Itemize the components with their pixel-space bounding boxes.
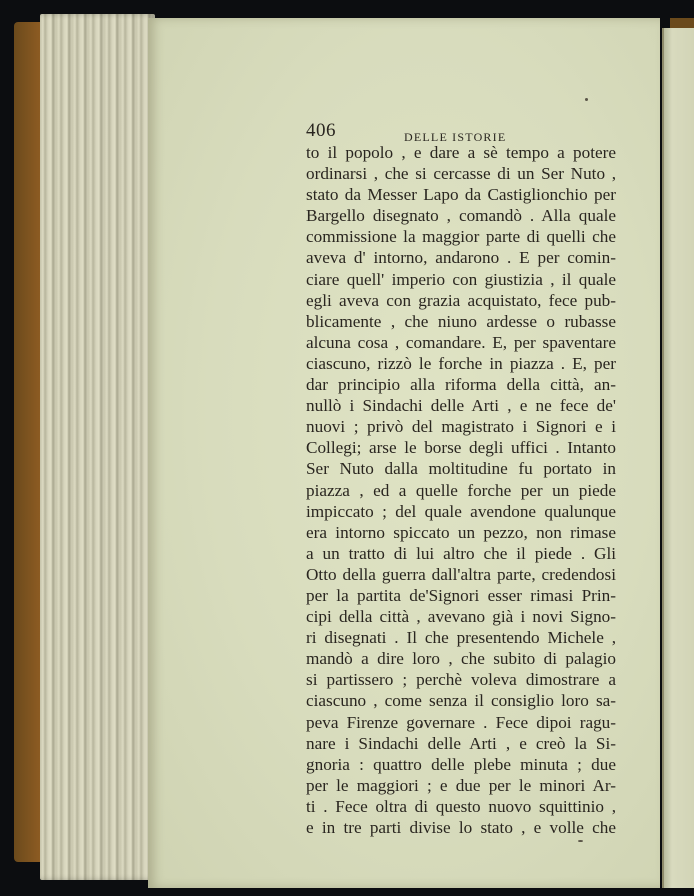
text-line: ciascuno, rizzò le forche in piazza . E,…: [306, 353, 616, 374]
text-line: ciascuno , come senza il consiglio loro …: [306, 690, 616, 711]
text-line: impiccato ; del quale avendone qualunque: [306, 501, 616, 522]
text-line: a un tratto di lui altro che il piede . …: [306, 543, 616, 564]
text-line: e in tre parti divise lo stato , e volle…: [306, 817, 616, 838]
text-line: mandò a dire loro , che subito di palagi…: [306, 648, 616, 669]
paper-speck: [578, 840, 583, 842]
text-line: ri disegnati . Il che presentendo Michel…: [306, 627, 616, 648]
text-line: per le maggiori ; e due per le minori Ar…: [306, 775, 616, 796]
text-line: Ser Nuto dalla moltitudine fu portato in: [306, 458, 616, 479]
text-line: ordinarsi , che si cercasse di un Ser Nu…: [306, 163, 616, 184]
text-line: per la partita de'Signori esser rimasi P…: [306, 585, 616, 606]
text-line: blicamente , che niuno ardesse o rubasse: [306, 311, 616, 332]
page-text: 406 DELLE ISTORIE to il popolo , e dare …: [306, 124, 616, 838]
text-line: ti . Fece oltra di questo nuovo squittin…: [306, 796, 616, 817]
page-number: 406: [306, 120, 336, 141]
running-head: DELLE ISTORIE: [404, 127, 506, 148]
text-line: alcuna cosa , comandare. E, per spaventa…: [306, 332, 616, 353]
page-header: 406 DELLE ISTORIE: [306, 124, 616, 142]
text-line: stato da Messer Lapo da Castiglionchio p…: [306, 184, 616, 205]
paper-speck: [585, 98, 588, 101]
text-line: egli aveva con grazia acquistato, fece p…: [306, 290, 616, 311]
text-line: Collegi; arse le borse degli uffici . In…: [306, 437, 616, 458]
text-line: commissione la maggior parte di quelli c…: [306, 226, 616, 247]
facing-page-edge: [662, 28, 694, 888]
text-line: dar principio alla riforma della città, …: [306, 374, 616, 395]
text-line: nullò i Sindachi delle Arti , e ne fece …: [306, 395, 616, 416]
text-line: si partissero ; perchè voleva dimostrare…: [306, 669, 616, 690]
text-line: ciare quell' imperio con giustizia , il …: [306, 269, 616, 290]
text-line: cipi della città , avevano già i novi Si…: [306, 606, 616, 627]
body-text: to il popolo , e dare a sè tempo a poter…: [306, 142, 616, 838]
text-line: nuovi ; privò del magistrato i Signori e…: [306, 416, 616, 437]
text-line: era intorno spiccato un pezzo, non rimas…: [306, 522, 616, 543]
text-line: Bargello disegnato , comandò . Alla qual…: [306, 205, 616, 226]
text-line: aveva d' intorno, andarono . E per comin…: [306, 247, 616, 268]
text-line: nare i Sindachi delle Arti , e creò la S…: [306, 733, 616, 754]
text-line: gnoria : quattro delle plebe minuta ; du…: [306, 754, 616, 775]
text-line: piazza , ed a quelle forche per un piede: [306, 480, 616, 501]
text-line: peva Firenze governare . Fece dipoi ragu…: [306, 712, 616, 733]
text-line: Otto della guerra dall'altra parte, cred…: [306, 564, 616, 585]
page-stack-edges: [40, 14, 155, 880]
